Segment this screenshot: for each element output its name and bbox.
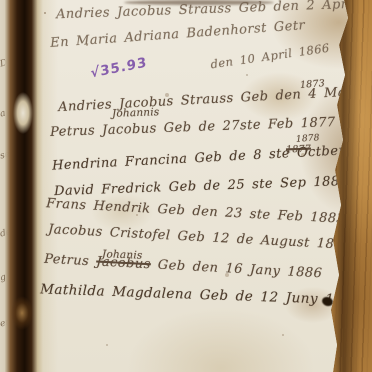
- register-page: Andries Jacobus Strauss Geb den 2 April …: [24, 0, 352, 372]
- marriage-date-line: den 10 April 1866: [210, 41, 331, 72]
- archive-stamp: √35.93: [90, 54, 148, 81]
- marriage-wife-line: En Maria Adriana Badenhorst Getr: [50, 18, 306, 51]
- struck-middle-name: Jacobus: [96, 254, 151, 272]
- year-annotation: 1873: [300, 78, 326, 91]
- child-entry-mathilda: Mathilda Magdalena Geb de 12 Juny 1889: [40, 281, 362, 308]
- child-entry-jacobus: Jacobus Cristofel Geb 12 de August 1884: [48, 222, 352, 253]
- child-entry-petrus-1886: Petrus Jacobus Geb den 16 Jany 1886: [44, 252, 323, 282]
- paper-specks: [44, 12, 46, 14]
- photo-of-register-book: D a sen den g en Andries Jacobus Strauss…: [0, 0, 372, 372]
- book-binding-gutter: [5, 0, 43, 372]
- child-entry-frans: Frans Hendrik Geb den 23 ste Feb 1883: [46, 196, 346, 227]
- entry-first-name: Petrus: [44, 252, 90, 269]
- name-annotation-johannis: Johannis: [112, 106, 160, 120]
- entry-birth-text: Geb den 16 Jany 1886: [157, 258, 322, 282]
- child-entry-hendrina: Hendrina Francina Geb de 8 ste Octber: [52, 143, 346, 173]
- marriage-husband-line: Andries Jacobus Strauss Geb den 2 April: [56, 0, 357, 22]
- child-entry-petrus-1877: Petrus Jacobus Geb de 27ste Feb 1877: [50, 115, 336, 140]
- child-entry-david: David Fredrick Geb de 25 ste Sep 1880: [54, 174, 349, 199]
